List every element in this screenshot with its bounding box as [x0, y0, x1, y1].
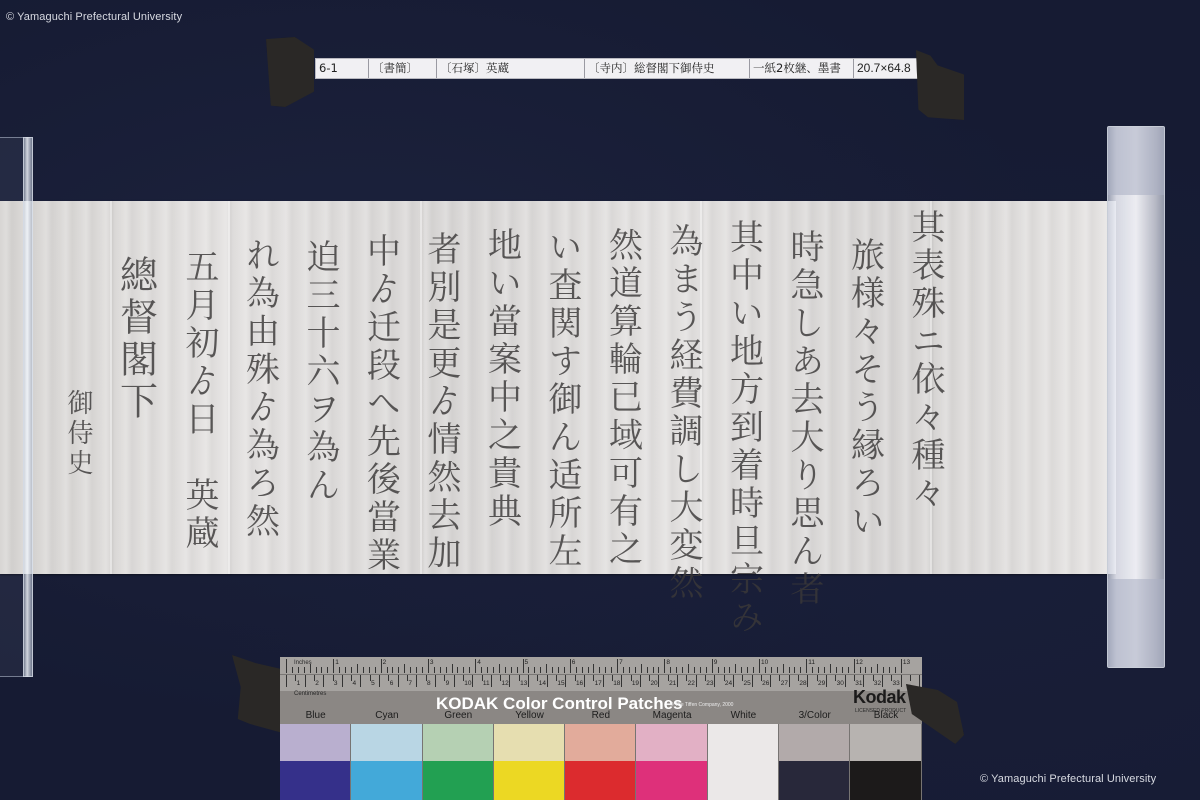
text-column: 然道算輪已域可有之 — [599, 227, 648, 569]
label-recipient: 〔寺内〕総督閣下御侍史 — [585, 59, 750, 78]
patch-label-red: Red — [565, 710, 636, 721]
card-copyright: © The Tiffen Company, 2000 — [670, 702, 733, 708]
patch-label-green: Green — [423, 710, 494, 721]
patch-label-magenta: Magenta — [636, 710, 707, 721]
text-column: 地い當案中之貴典 — [478, 227, 527, 569]
text-column: れ為由殊ゟ為ろ然 — [236, 237, 285, 569]
copyright-top: © Yamaguchi Prefectural University — [6, 11, 182, 23]
text-column: 迫三十六ヲ為ん — [296, 239, 345, 569]
ruler-inches: 12345678910111213 — [280, 659, 922, 673]
text-column: 其表殊ニ依々種々 — [901, 209, 950, 569]
ruler-inches-label: Inches — [294, 660, 312, 666]
text-column: 為まう経費調し大変然 — [659, 223, 708, 569]
patch-labels: BlueCyanGreenYellowRedMagentaWhite3/Colo… — [280, 710, 922, 721]
kodak-color-card: 12345678910111213 1234567891011121314151… — [280, 657, 922, 800]
text-column: い査関す御ん适所左 — [538, 229, 587, 569]
label-catalog-number: 6-1 — [316, 59, 369, 78]
label-dimensions: 20.7×64.8 — [854, 59, 918, 78]
label-document-type: 〔書簡〕 — [369, 59, 437, 78]
color-patch-yellow — [494, 724, 565, 800]
color-patch-cyan — [351, 724, 422, 800]
calligraphy-text: 其表殊ニ依々種々 旅様々そう縁ろい 時急しあ去大り思ん者 其中い地方到着時旦宗み… — [60, 209, 950, 569]
right-acrylic-weight — [1107, 126, 1165, 668]
text-column: 中ゟ迁段へ先後當業 — [357, 233, 406, 569]
patch-label-3-color: 3/Color — [779, 710, 850, 721]
ruler-centimetres: 1234567891011121314151617181920212223242… — [280, 674, 922, 691]
ruler: 12345678910111213 1234567891011121314151… — [280, 657, 922, 691]
patch-label-blue: Blue — [280, 710, 351, 721]
honorific-column: 御侍史 — [60, 389, 97, 569]
copyright-bottom: © Yamaguchi Prefectural University — [980, 773, 1156, 785]
text-column: 五月初ゟ日 英蔵 — [175, 249, 224, 569]
color-patch-magenta — [636, 724, 707, 800]
color-patch-red — [565, 724, 636, 800]
patch-label-white: White — [708, 710, 779, 721]
color-patch-3-color — [779, 724, 850, 800]
color-patch-black — [850, 724, 921, 800]
label-author: 〔石塚〕英蔵 — [437, 59, 585, 78]
ruler-centimetres-label: Centimetres — [294, 691, 326, 697]
color-patch-green — [423, 724, 494, 800]
left-glass-rod — [23, 137, 33, 677]
patch-label-black: Black — [850, 710, 921, 721]
kodak-logo: Kodak — [853, 687, 906, 708]
text-column: 者別是更ゟ情然去加 — [417, 231, 466, 569]
text-column: 時急しあ去大り思ん者 — [780, 229, 829, 569]
text-column: 旅様々そう縁ろい — [841, 237, 890, 569]
text-column: 其中い地方到着時旦宗み — [720, 219, 769, 569]
catalog-label-strip: 6-1 〔書簡〕 〔石塚〕英蔵 〔寺内〕総督閣下御侍史 一紙2枚継、墨書 20.… — [315, 58, 919, 79]
recipient-column: 總督閣下 — [109, 255, 164, 569]
patch-label-yellow: Yellow — [494, 710, 565, 721]
tape-top-right — [916, 50, 964, 120]
label-format: 一紙2枚継、墨書 — [750, 59, 854, 78]
patch-label-cyan: Cyan — [351, 710, 422, 721]
color-patch-white — [708, 724, 779, 800]
tape-top-left — [266, 37, 314, 107]
letter-scroll: 其表殊ニ依々種々 旅様々そう縁ろい 時急しあ去大り思ん者 其中い地方到着時旦宗み… — [0, 201, 1116, 574]
color-patches — [280, 724, 922, 800]
color-patch-blue — [280, 724, 351, 800]
